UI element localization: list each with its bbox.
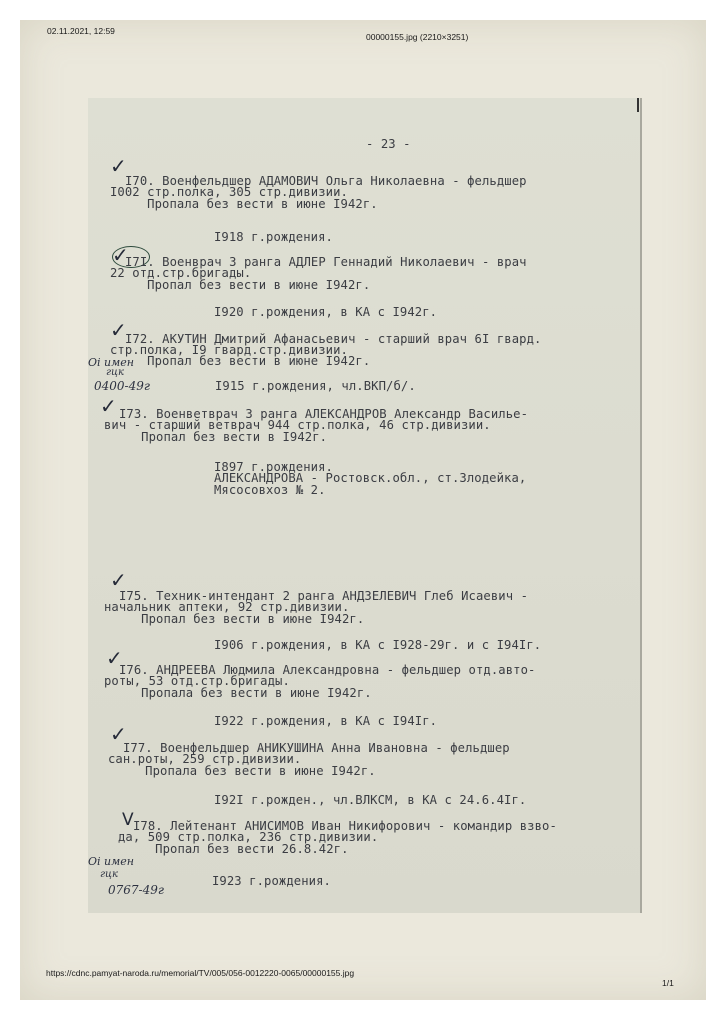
entry-birth: I920 г.рождения, в КА с I942г. [214, 306, 437, 318]
print-datetime: 02.11.2021, 12:59 [47, 26, 115, 36]
print-page-count: 1/1 [662, 978, 674, 988]
entry-line: Пропала без вести в июне I942г. [104, 687, 372, 699]
entry-line: Пропал без вести в июне I942г. [110, 355, 370, 367]
check-mark-icon: ✓ [100, 394, 117, 418]
scanned-document: - 23 - ✓ I70. Военфельдшер АДАМОВИЧ Ольг… [88, 98, 642, 913]
print-url: https://cdnc.pamyat-naroda.ru/memorial/T… [46, 968, 354, 978]
check-mark-icon: V [122, 810, 134, 830]
entry-relative-line: Мясосовхоз № 2. [214, 484, 326, 496]
entry-line: Пропал без вести в I942г. [104, 431, 327, 443]
entry-birth: I923 г.рождения. [212, 875, 331, 887]
entry-line: Пропала без вести в июне I942г. [108, 765, 376, 777]
print-title: 00000155.jpg (2210×3251) [366, 32, 468, 42]
scan-edge-mark [637, 98, 639, 112]
entry-birth: I915 г.рождения, чл.ВКП/б/. [215, 380, 416, 392]
entry-birth: I906 г.рождения, в КА с I928-29г. и с I9… [214, 639, 541, 651]
entry-birth: I918 г.рождения. [214, 231, 333, 243]
entry-line: Пропал без вести в июне I942г. [104, 613, 364, 625]
page-number: - 23 - [366, 138, 411, 150]
entry-line: Пропал без вести 26.8.42г. [118, 843, 349, 855]
entry-birth: I922 г.рождения, в КА с I94Iг. [214, 715, 437, 727]
entry-birth: I92I г.рожден., чл.ВЛКСМ, в КА с 24.6.4I… [214, 794, 526, 806]
entry-line: Пропала без вести в июне I942г. [110, 198, 378, 210]
entry-line: Пропал без вести в июне I942г. [110, 279, 370, 291]
